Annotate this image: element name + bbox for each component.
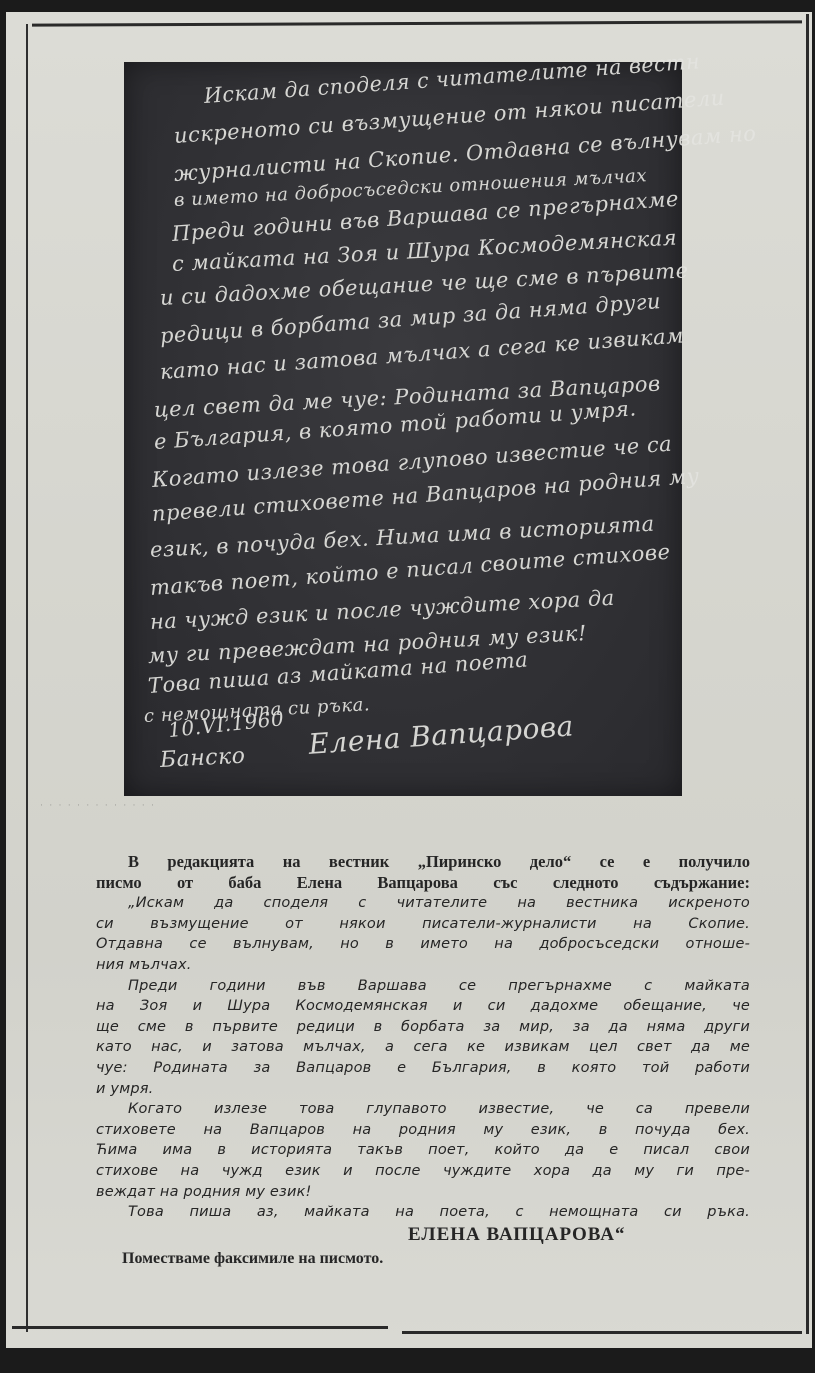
- quote-line: Преди години във Варшава се прегърнахме …: [108, 976, 750, 997]
- frame-border-bottom-left: [12, 1326, 388, 1329]
- frame-border-left: [26, 24, 28, 1332]
- handwritten-letter-facsimile: Искам да споделя с читателите на вестн и…: [124, 62, 682, 796]
- quote-line: като нас, и затова мълчах, а сега ке изв…: [96, 1037, 750, 1058]
- quote-line: стиховете на Вапцаров на родния му език,…: [96, 1120, 750, 1141]
- quote-line: Когато излезе това глупавото известие, ч…: [108, 1099, 750, 1120]
- quote-line: веждат на родния му език!: [96, 1182, 750, 1203]
- quote-line: Ћима има в историята такъв поет, който д…: [96, 1140, 750, 1161]
- quote-line: стихове на чужд език и после чуждите хор…: [96, 1161, 750, 1182]
- frame-border-right: [806, 14, 809, 1334]
- quote-line: „Искам да споделя с читателите на вестни…: [108, 893, 750, 914]
- quote-line: Това пиша аз, майката на поета, с немощн…: [108, 1202, 750, 1223]
- article-footer-note: Поместваме факсимиле на писмото.: [108, 1247, 750, 1271]
- faint-print-marks: · · · · · · · · · · · · ·: [40, 800, 156, 810]
- intro-line: В редакцията на вестник „Пиринско дело“ …: [108, 852, 750, 873]
- quote-line: и умря.: [96, 1079, 750, 1100]
- quote-line: ще сме в първите редици в борбата за мир…: [96, 1017, 750, 1038]
- quote-line: чуе: Родината за Вапцаров е България, в …: [96, 1058, 750, 1079]
- article-signature: ЕЛЕНА ВАПЦАРОВА“: [108, 1223, 750, 1247]
- quote-line: Отдавна се вълнувам, но в името на добро…: [96, 934, 750, 955]
- quote-line: си възмущение от някои писатели-журналис…: [96, 914, 750, 935]
- handwritten-signature: Елена Вапцарова: [307, 709, 574, 760]
- handwritten-place: Банско: [159, 744, 246, 773]
- article-text: В редакцията на вестник „Пиринско дело“ …: [108, 852, 750, 1271]
- frame-border-bottom-right: [402, 1331, 802, 1334]
- quote-line: ния мълчах.: [96, 955, 750, 976]
- intro-line: писмо от баба Елена Вапцарова със следно…: [96, 873, 750, 894]
- quote-line: на Зоя и Шура Космодемянская и си дадохм…: [96, 996, 750, 1017]
